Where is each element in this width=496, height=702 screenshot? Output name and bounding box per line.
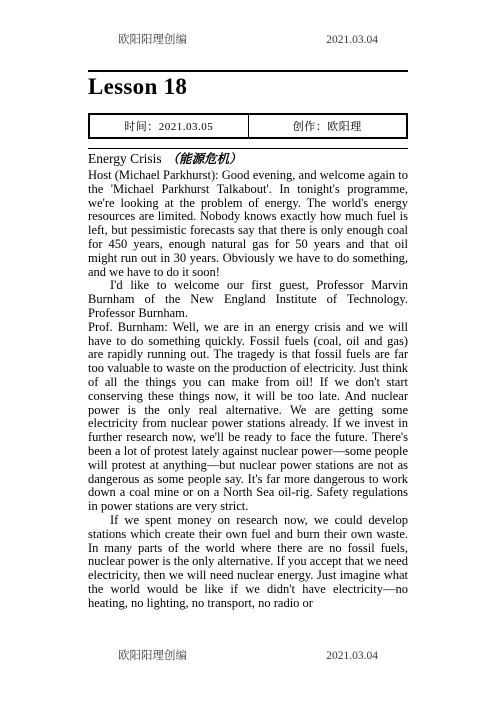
section-heading: Energy Crisis（能源危机） [88,148,408,167]
meta-table: 时间：2021.03.05 创作：欧阳理 [88,113,408,139]
paragraph-guest-welcome: I'd like to welcome our first guest, Pro… [88,279,408,320]
lesson-title: Lesson 18 [88,70,408,100]
meta-author-cell: 创作：欧阳理 [248,114,407,138]
footer-date: 2021.03.04 [326,650,378,662]
meta-time-cell: 时间：2021.03.05 [89,114,248,138]
paragraph-research: If we spent money on research now, we co… [88,514,408,611]
paragraph-host-intro: Host (Michael Parkhurst): Good evening, … [88,169,408,279]
page-footer: 欧阳阳理创编 2021.03.04 [88,647,408,663]
paragraph-prof-burnham: Prof. Burnham: Well, we are in an energy… [88,321,408,514]
meta-table-row: 时间：2021.03.05 创作：欧阳理 [89,114,407,138]
section-heading-en: Energy Crisis [88,151,162,166]
section-heading-zh: （能源危机） [167,152,242,166]
document-page: 欧阳阳理创编 2021.03.04 Lesson 18 时间：2021.03.0… [0,0,496,702]
content-column: Lesson 18 时间：2021.03.05 创作：欧阳理 Energy Cr… [88,0,408,611]
footer-author-text: 欧阳阳理创编 [118,647,187,663]
